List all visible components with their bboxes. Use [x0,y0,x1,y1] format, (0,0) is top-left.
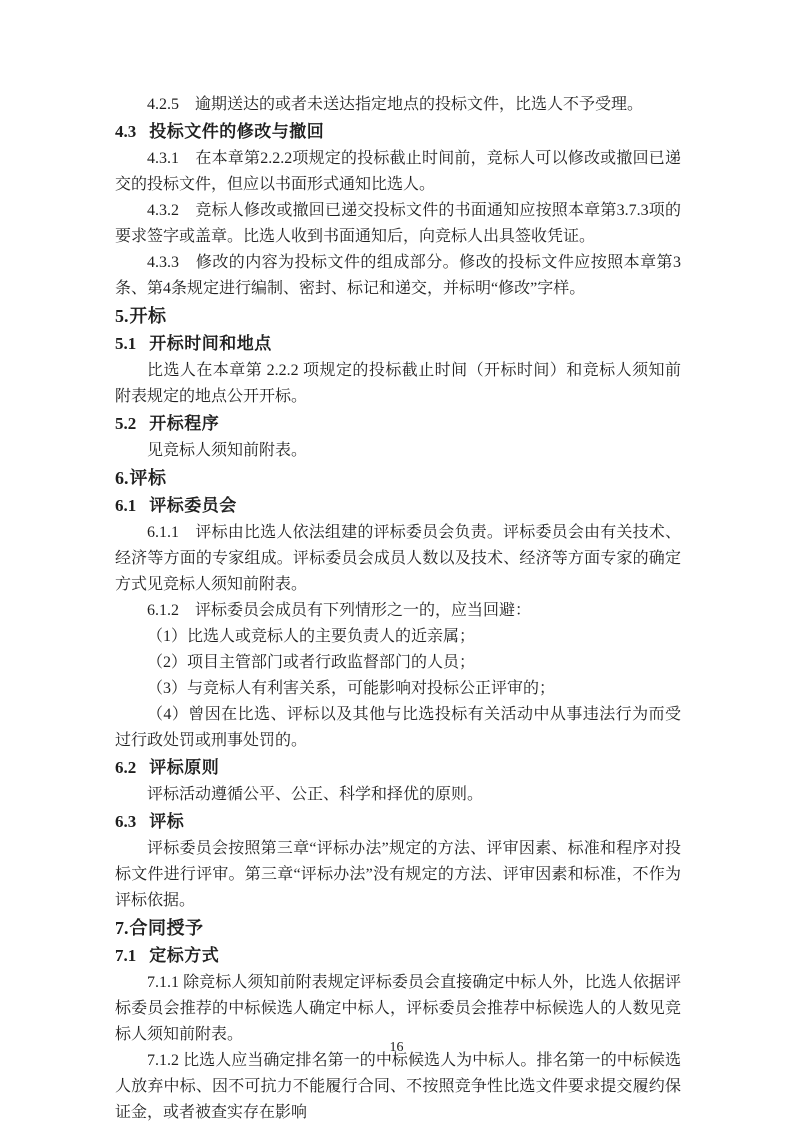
heading-title: 评标委员会 [149,496,237,515]
clause-4-3-3: 4.3.3 修改的内容为投标文件的组成部分。修改的投标文件应按照本章第3条、第4… [115,250,681,302]
list-item-2: （2）项目主管部门或者行政监督部门的人员； [115,650,681,676]
heading-number: 7. [115,918,129,938]
clause-4-3-1: 4.3.1 在本章第2.2.2项规定的投标截止时间前，竞标人可以修改或撤回已递交… [115,146,681,198]
heading-title: 定标方式 [149,946,219,965]
heading-number: 6. [115,468,129,488]
heading-title: 开标时间和地点 [149,334,272,353]
heading-6-3: 6.3评标 [115,808,681,836]
heading-5-2: 5.2开标程序 [115,410,681,438]
heading-title: 评标 [149,812,184,831]
heading-number: 5.2 [115,414,136,433]
heading-number: 4.3 [115,122,136,141]
clause-6-1-2: 6.1.2 评标委员会成员有下列情形之一的，应当回避： [115,598,681,624]
heading-title: 合同授予 [130,918,204,938]
clause-6-1-1: 6.1.1 评标由比选人依法组建的评标委员会负责。评标委员会由有关技术、经济等方… [115,520,681,598]
list-item-1: （1）比选人或竞标人的主要负责人的近亲属； [115,624,681,650]
page-number: 16 [0,1040,793,1056]
list-item-3: （3）与竞标人有利害关系，可能影响对投标公正评审的； [115,676,681,702]
heading-title: 开标 [130,306,167,326]
heading-title: 投标文件的修改与撤回 [149,122,324,141]
heading-7: 7.合同授予 [115,914,681,942]
heading-6-2: 6.2评标原则 [115,754,681,782]
heading-number: 6.2 [115,758,136,777]
heading-number: 6.3 [115,812,136,831]
clause-6-3-body: 评标委员会按照第三章“评标办法”规定的方法、评审因素、标准和程序对投标文件进行评… [115,836,681,914]
clause-4-3-2: 4.3.2 竞标人修改或撤回已递交投标文件的书面通知应按照本章第3.7.3项的要… [115,198,681,250]
heading-7-1: 7.1定标方式 [115,942,681,970]
heading-4-3: 4.3投标文件的修改与撤回 [115,118,681,146]
heading-title: 开标程序 [149,414,219,433]
heading-title: 评标原则 [149,758,219,777]
heading-6-1: 6.1评标委员会 [115,492,681,520]
document-content: 4.2.5 逾期送达的或者未送达指定地点的投标文件，比选人不予受理。 4.3投标… [115,92,681,1122]
document-page: 4.2.5 逾期送达的或者未送达指定地点的投标文件，比选人不予受理。 4.3投标… [0,0,793,1122]
list-item-4: （4）曾因在比选、评标以及其他与比选投标有关活动中从事违法行为而受过行政处罚或刑… [115,702,681,754]
clause-6-2-body: 评标活动遵循公平、公正、科学和择优的原则。 [115,782,681,808]
heading-number: 6.1 [115,496,136,515]
heading-5-1: 5.1开标时间和地点 [115,330,681,358]
clause-7-1-2: 7.1.2 比选人应当确定排名第一的中标候选人为中标人。排名第一的中标候选人放弃… [115,1048,681,1122]
clause-7-1-1: 7.1.1 除竞标人须知前附表规定评标委员会直接确定中标人外，比选人依据评标委员… [115,970,681,1048]
heading-number: 7.1 [115,946,136,965]
clause-4-2-5: 4.2.5 逾期送达的或者未送达指定地点的投标文件，比选人不予受理。 [115,92,681,118]
clause-5-1-body: 比选人在本章第 2.2.2 项规定的投标截止时间（开标时间）和竞标人须知前附表规… [115,358,681,410]
heading-number: 5. [115,306,129,326]
heading-title: 评标 [130,468,167,488]
heading-number: 5.1 [115,334,136,353]
heading-5: 5.开标 [115,302,681,330]
clause-5-2-body: 见竞标人须知前附表。 [115,438,681,464]
heading-6: 6.评标 [115,464,681,492]
